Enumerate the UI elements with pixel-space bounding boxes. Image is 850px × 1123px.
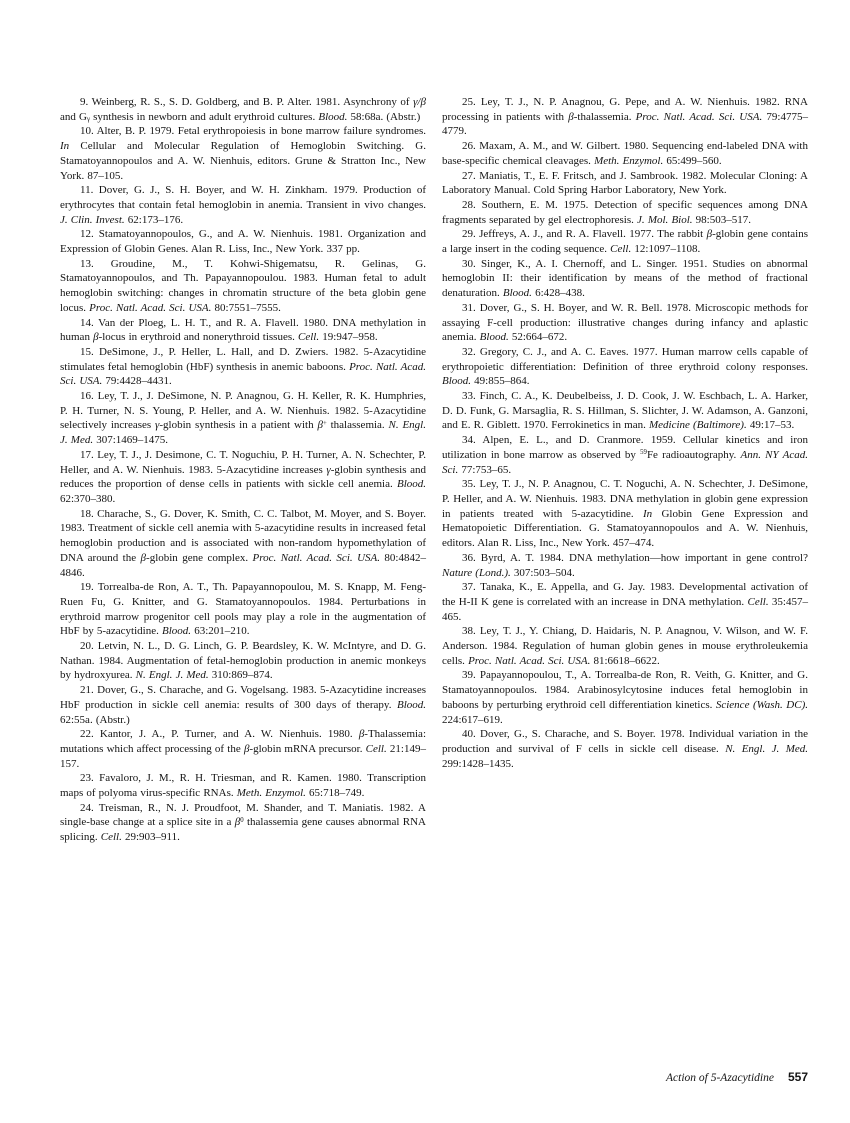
document-page: 9. Weinberg, R. S., S. D. Goldberg, and … — [0, 0, 850, 1123]
reference-item-24: 24. Treisman, R., N. J. Proudfoot, M. Sh… — [60, 801, 426, 845]
reference-item-26: 26. Maxam, A. M., and W. Gilbert. 1980. … — [442, 139, 808, 168]
page-footer: Action of 5-Azacytidine 557 — [666, 1070, 808, 1084]
reference-item-19: 19. Torrealba-de Ron, A. T., Th. Papayan… — [60, 580, 426, 639]
reference-item-18: 18. Charache, S., G. Dover, K. Smith, C.… — [60, 507, 426, 581]
reference-item-20: 20. Letvin, N. L., D. G. Linch, G. P. Be… — [60, 639, 426, 683]
reference-item-12: 12. Stamatoyannopoulos, G., and A. W. Ni… — [60, 227, 426, 256]
reference-item-28: 28. Southern, E. M. 1975. Detection of s… — [442, 198, 808, 227]
reference-item-22: 22. Kantor, J. A., P. Turner, and A. W. … — [60, 727, 426, 771]
reference-item-15: 15. DeSimone, J., P. Heller, L. Hall, an… — [60, 345, 426, 389]
running-title: Action of 5-Azacytidine — [666, 1072, 774, 1084]
reference-item-25: 25. Ley, T. J., N. P. Anagnou, G. Pepe, … — [442, 95, 808, 139]
reference-item-36: 36. Byrd, A. T. 1984. DNA methylation—ho… — [442, 551, 808, 580]
reference-item-40: 40. Dover, G., S. Charache, and S. Boyer… — [442, 727, 808, 771]
reference-item-37: 37. Tanaka, K., E. Appella, and G. Jay. … — [442, 580, 808, 624]
reference-item-21: 21. Dover, G., S. Charache, and G. Vogel… — [60, 683, 426, 727]
reference-item-31: 31. Dover, G., S. H. Boyer, and W. R. Be… — [442, 301, 808, 345]
references-column-right: 25. Ley, T. J., N. P. Anagnou, G. Pepe, … — [442, 95, 808, 845]
page-number: 557 — [788, 1070, 808, 1084]
reference-item-39: 39. Papayannopoulou, T., A. Torrealba-de… — [442, 668, 808, 727]
reference-item-17: 17. Ley, T. J., J. Desimone, C. T. Noguc… — [60, 448, 426, 507]
reference-item-35: 35. Ley, T. J., N. P. Anagnou, C. T. Nog… — [442, 477, 808, 551]
references-column-left: 9. Weinberg, R. S., S. D. Goldberg, and … — [60, 95, 426, 845]
reference-item-32: 32. Gregory, C. J., and A. C. Eaves. 197… — [442, 345, 808, 389]
references-section: 9. Weinberg, R. S., S. D. Goldberg, and … — [60, 95, 808, 845]
reference-item-9: 9. Weinberg, R. S., S. D. Goldberg, and … — [60, 95, 426, 124]
reference-item-10: 10. Alter, B. P. 1979. Fetal erythropoie… — [60, 124, 426, 183]
reference-item-14: 14. Van der Ploeg, L. H. T., and R. A. F… — [60, 316, 426, 345]
reference-item-23: 23. Favaloro, J. M., R. H. Triesman, and… — [60, 771, 426, 800]
reference-item-13: 13. Groudine, M., T. Kohwi-Shigematsu, R… — [60, 257, 426, 316]
reference-item-34: 34. Alpen, E. L., and D. Cranmore. 1959.… — [442, 433, 808, 477]
reference-item-38: 38. Ley, T. J., Y. Chiang, D. Haidaris, … — [442, 624, 808, 668]
reference-item-16: 16. Ley, T. J., J. DeSimone, N. P. Anagn… — [60, 389, 426, 448]
reference-item-33: 33. Finch, C. A., K. Deubelbeiss, J. D. … — [442, 389, 808, 433]
reference-item-11: 11. Dover, G. J., S. H. Boyer, and W. H.… — [60, 183, 426, 227]
reference-item-27: 27. Maniatis, T., E. F. Fritsch, and J. … — [442, 169, 808, 198]
reference-item-30: 30. Singer, K., A. I. Chernoff, and L. S… — [442, 257, 808, 301]
reference-item-29: 29. Jeffreys, A. J., and R. A. Flavell. … — [442, 227, 808, 256]
